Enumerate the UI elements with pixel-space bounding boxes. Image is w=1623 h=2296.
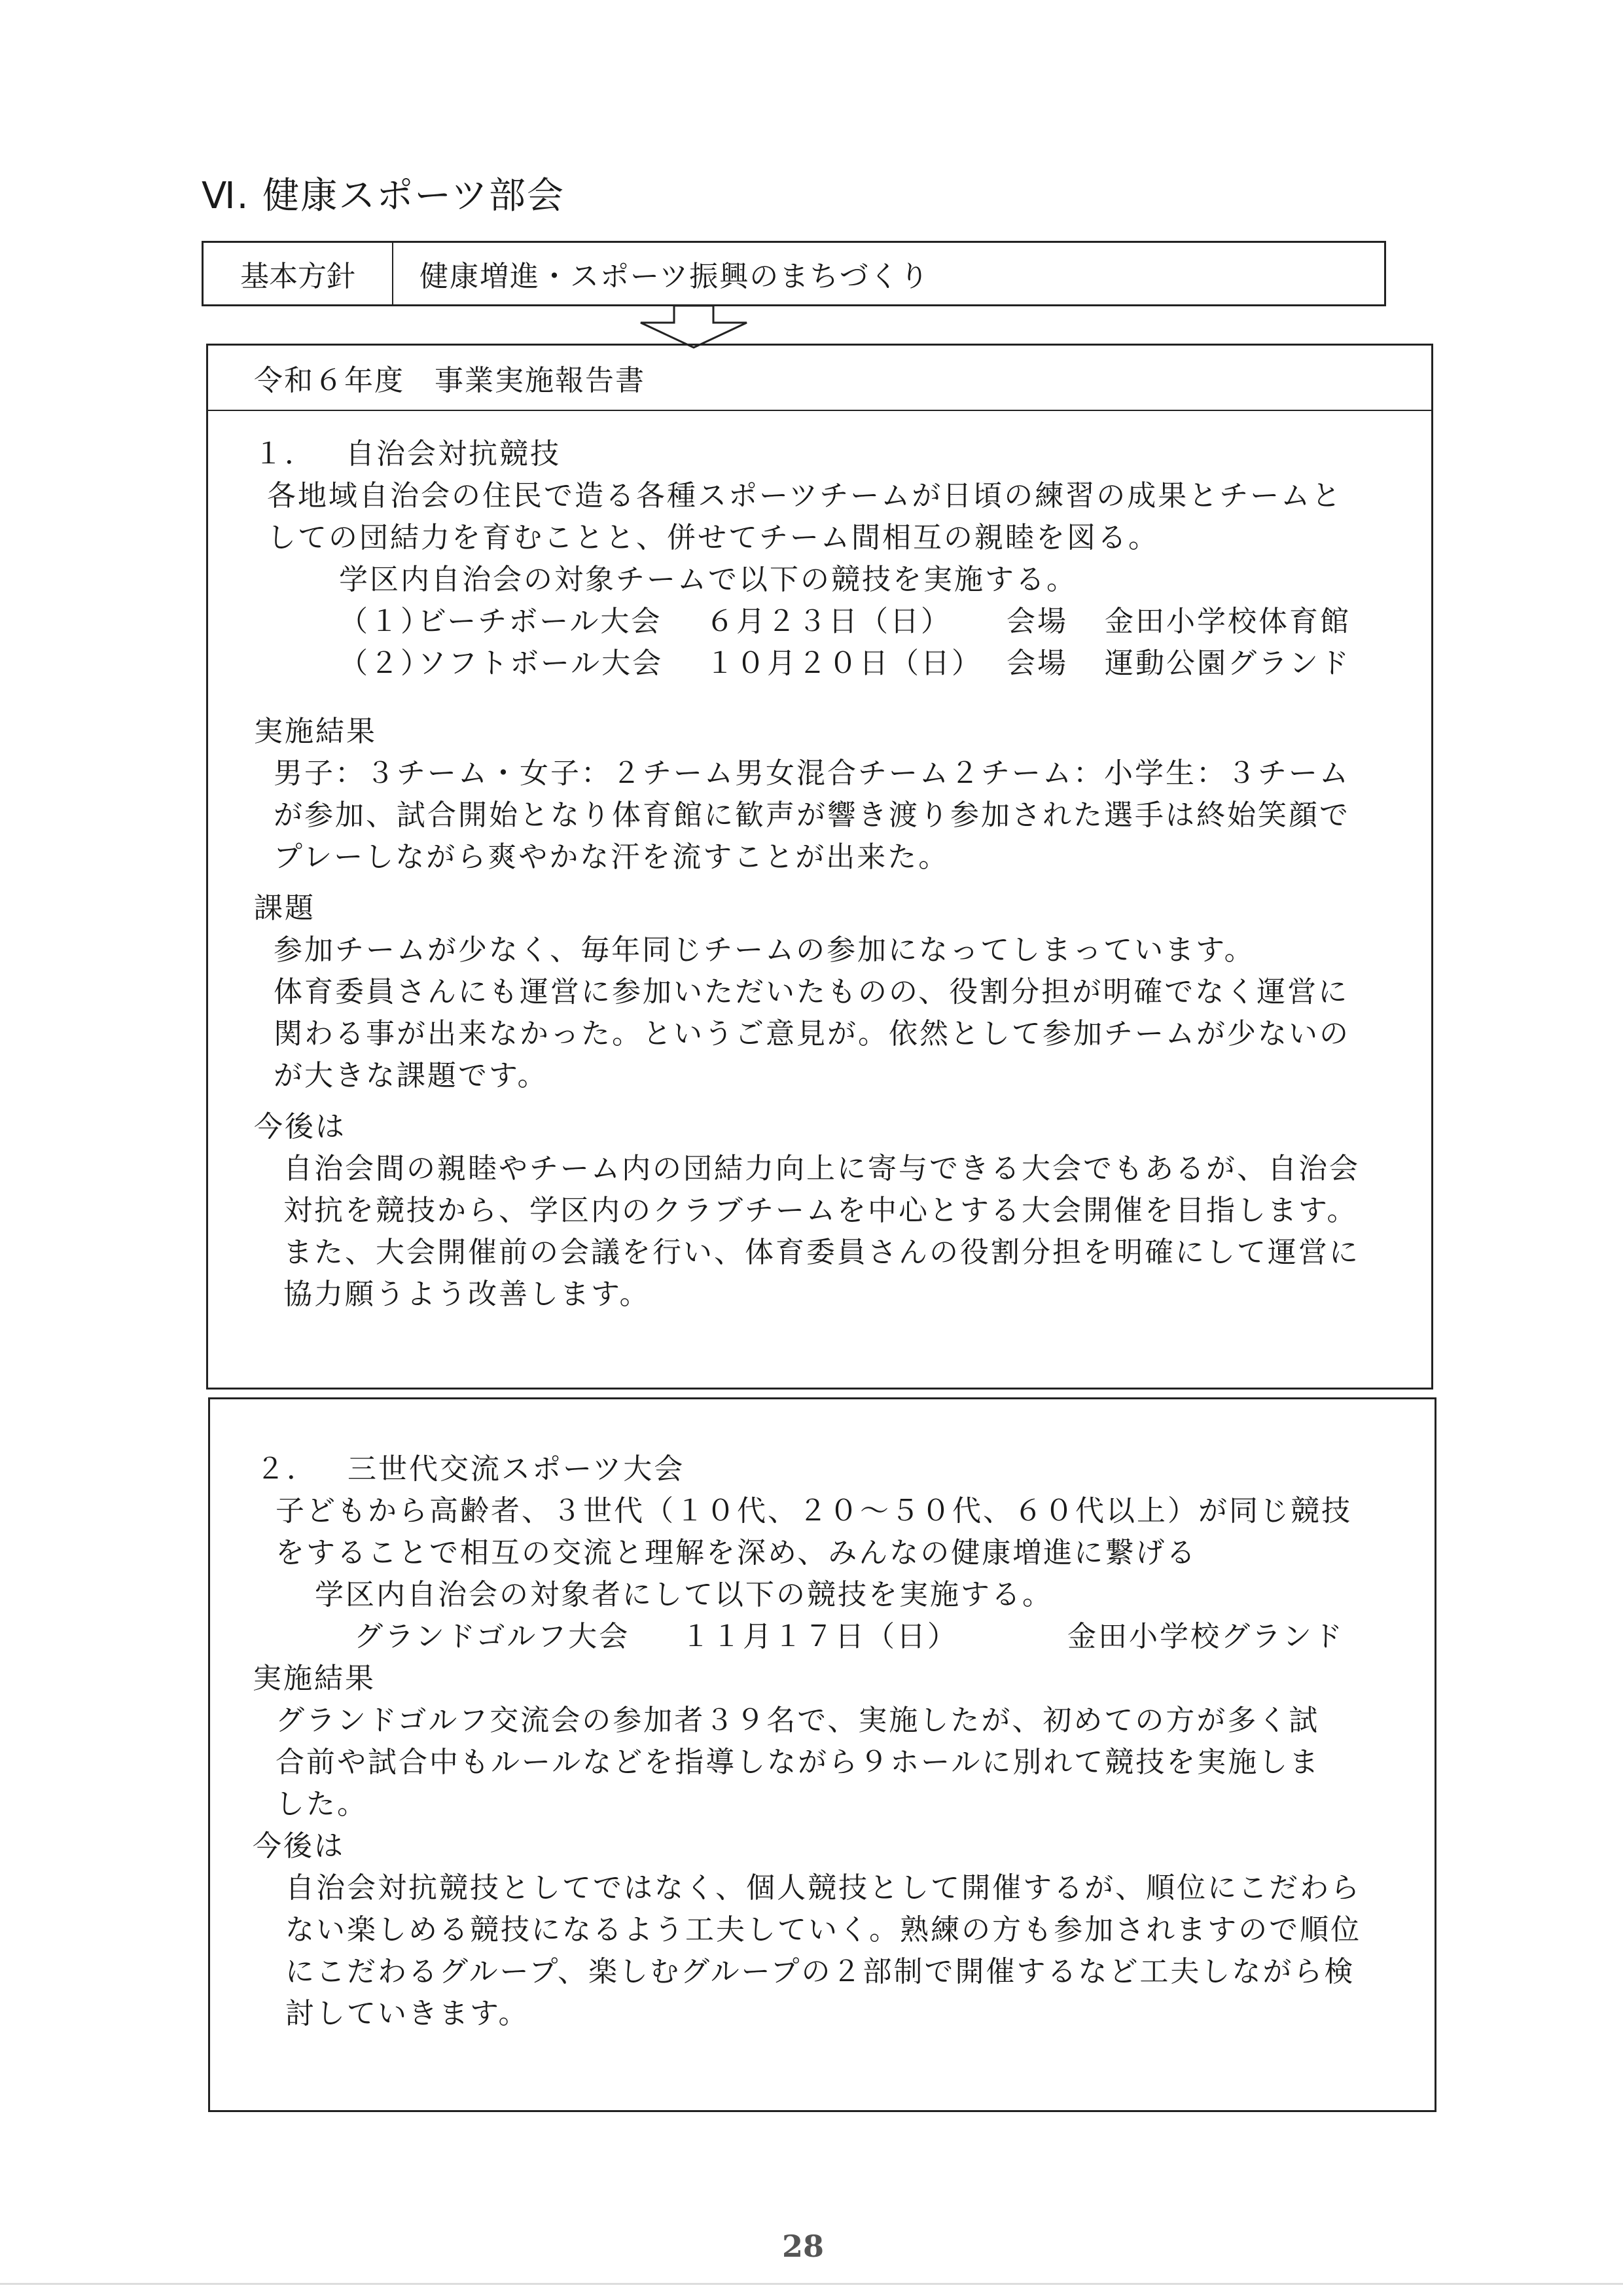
event-date: １０月２０日（日） bbox=[705, 643, 1007, 685]
event-row: グランドゴルフ大会 １１月１７日（日） 金田小学校グランド bbox=[354, 1616, 1435, 1658]
future-line: 自治会対抗競技としてではなく、個人競技として開催するが、順位にこだわら bbox=[285, 1867, 1435, 1909]
event-number: （２） bbox=[339, 643, 418, 685]
purpose-line: しての団結力を育むことと、併せてチーム間相互の親睦を図る。 bbox=[267, 517, 1431, 559]
report-box-1: 令和６年度 事業実施報告書 １．自治会対抗競技 各地域自治会の住民で造る各種スポ… bbox=[206, 344, 1433, 1390]
event-date: ６月２３日（日） bbox=[705, 601, 1007, 643]
results-line: 男子：３チーム・女子：２チーム男女混合チーム２チーム：小学生：３チーム bbox=[274, 753, 1431, 795]
scope-text: 学区内自治会の対象者にして以下の競技を実施する。 bbox=[315, 1574, 1435, 1616]
results-line: した。 bbox=[276, 1784, 1435, 1825]
purpose-line: 各地域自治会の住民で造る各種スポーツチームが日頃の練習の成果とチームと bbox=[267, 475, 1431, 517]
results-heading: 実施結果 bbox=[253, 1658, 1435, 1700]
issues-line: 参加チームが少なく、毎年同じチームの参加になってしまっています。 bbox=[274, 929, 1431, 971]
future-heading: 今後は bbox=[253, 1825, 1435, 1867]
issues-heading: 課題 bbox=[254, 888, 1431, 929]
event-date: １１月１７日（日） bbox=[681, 1616, 1067, 1658]
results-line: プレーしながら爽やかな汗を流すことが出来た。 bbox=[274, 836, 1431, 878]
event-name: グランドゴルフ大会 bbox=[354, 1616, 681, 1658]
future-heading: 今後は bbox=[254, 1106, 1431, 1148]
event-row: （２） ソフトボール大会 １０月２０日（日） 会場 運動公園グランド bbox=[339, 643, 1431, 685]
item-title: １．自治会対抗競技 bbox=[254, 433, 1431, 475]
event-number: （１） bbox=[339, 601, 418, 643]
venue-label: 会場 bbox=[1007, 601, 1105, 643]
results-line: グランドゴルフ交流会の参加者３９名で、実施したが、初めての方が多く試 bbox=[276, 1700, 1435, 1742]
event-venue: 運動公園グランド bbox=[1105, 643, 1351, 685]
event-name: ビーチボール大会 bbox=[418, 601, 705, 643]
results-heading: 実施結果 bbox=[254, 711, 1431, 753]
event-row: （１） ビーチボール大会 ６月２３日（日） 会場 金田小学校体育館 bbox=[339, 601, 1431, 643]
scope-text: 学区内自治会の対象チームで以下の競技を実施する。 bbox=[339, 559, 1431, 601]
policy-value: 健康増進・スポーツ振興のまちづくり bbox=[393, 253, 930, 295]
future-line: 協力願うよう改善します。 bbox=[283, 1274, 1431, 1316]
page-bottom-edge bbox=[0, 2283, 1623, 2285]
issues-line: 関わる事が出来なかった。というご意見が。依然として参加チームが少ないの bbox=[274, 1013, 1431, 1055]
future-line: ない楽しめる競技になるよう工夫していく。熟練の方も参加されますので順位 bbox=[285, 1909, 1435, 1951]
results-line: 合前や試合中もルールなどを指導しながら９ホールに別れて競技を実施しま bbox=[276, 1742, 1435, 1784]
basic-policy-box: 基本方針 健康増進・スポーツ振興のまちづくり bbox=[202, 241, 1386, 306]
item-number: １． bbox=[254, 433, 346, 475]
event-venue: 金田小学校体育館 bbox=[1105, 601, 1351, 643]
purpose-line: をすることで相互の交流と理解を深め、みんなの健康増進に繋げる bbox=[276, 1532, 1435, 1574]
report-header: 令和６年度 事業実施報告書 bbox=[208, 346, 1431, 411]
future-line: 自治会間の親睦やチーム内の団結力向上に寄与できる大会でもあるが、自治会 bbox=[283, 1148, 1431, 1190]
future-line: 討していきます。 bbox=[285, 1993, 1435, 2035]
event-name: ソフトボール大会 bbox=[418, 643, 705, 685]
item-title: ２．三世代交流スポーツ大会 bbox=[256, 1448, 1435, 1490]
venue-label: 会場 bbox=[1007, 643, 1105, 685]
item-title-text: 自治会対抗競技 bbox=[346, 437, 561, 471]
future-line: にこだわるグループ、楽しむグループの２部制で開催するなど工夫しながら検 bbox=[285, 1951, 1435, 1993]
event-venue: 金田小学校グランド bbox=[1067, 1616, 1344, 1658]
future-line: また、大会開催前の会議を行い、体育委員さんの役割分担を明確にして運営に bbox=[283, 1232, 1431, 1274]
item-title-text: 三世代交流スポーツ大会 bbox=[348, 1452, 685, 1486]
issues-line: が大きな課題です。 bbox=[274, 1055, 1431, 1097]
section-title: Ⅵ. 健康スポーツ部会 bbox=[202, 167, 565, 219]
issues-line: 体育委員さんにも運営に参加いただいたものの、役割分担が明確でなく運営に bbox=[274, 971, 1431, 1013]
future-line: 対抗を競技から、学区内のクラブチームを中心とする大会開催を目指します。 bbox=[283, 1190, 1431, 1232]
item-number: ２． bbox=[256, 1448, 348, 1490]
purpose-line: 子どもから高齢者、３世代（１０代、２０～５０代、６０代以上）が同じ競技 bbox=[276, 1490, 1435, 1532]
policy-label: 基本方針 bbox=[204, 243, 393, 304]
results-line: が参加、試合開始となり体育館に歓声が響き渡り参加された選手は終始笑顔で bbox=[274, 795, 1431, 836]
report-box-2: ２．三世代交流スポーツ大会 子どもから高齢者、３世代（１０代、２０～５０代、６０… bbox=[208, 1397, 1436, 2112]
page-number: 28 bbox=[782, 2229, 824, 2264]
